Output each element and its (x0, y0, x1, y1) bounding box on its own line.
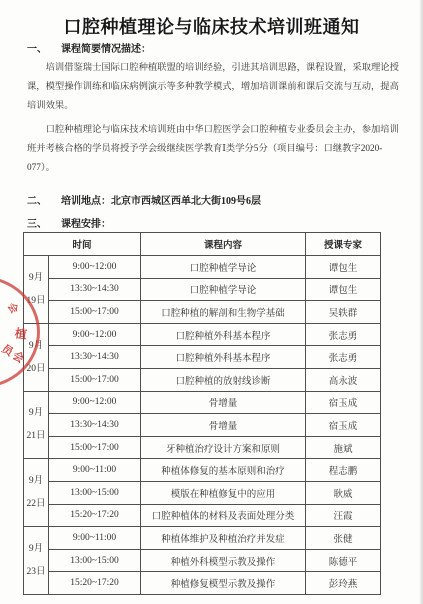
section-1-text: 课程简要情况描述： (61, 44, 151, 55)
expert-cell: 高永波 (306, 368, 381, 391)
expert-cell: 宿玉成 (306, 391, 381, 414)
date-cell: 9月 21日 (24, 391, 49, 459)
time-cell: 9:00~11:00 (49, 527, 141, 550)
table-row: 13:00~15:00 种植外科模型示教及操作 陈德平 (24, 549, 381, 572)
content-cell: 口腔种植体的材料及表面处理分类 (141, 504, 306, 527)
content-cell: 牙种植治疗设计方案和原则 (141, 436, 306, 459)
date-day: 22日 (24, 499, 48, 509)
expert-cell: 彭玲燕 (306, 572, 381, 595)
table-row: 9月 23日 9:00~11:00 种植体维护及种植治疗并发症 张健 (24, 527, 381, 550)
expert-cell: 施斌 (306, 436, 381, 459)
table-row: 15:20~17:20 种植修复模型示教及操作 彭玲燕 (24, 572, 381, 595)
expert-cell: 程志鹏 (306, 459, 381, 482)
table-row: 9月 21日 9:00~12:00 骨增量 宿玉成 (24, 391, 381, 414)
content-cell: 口腔种植外科基本程序 (141, 346, 306, 369)
time-cell: 15:00~17:00 (49, 301, 141, 324)
section-2-number: 二、 (27, 196, 61, 207)
content-cell: 种植外科模型示教及操作 (141, 549, 306, 572)
time-cell: 9:00~11:00 (49, 459, 141, 482)
header-expert: 授课专家 (306, 233, 381, 256)
expert-cell: 宿玉成 (306, 414, 381, 437)
table-header-row: 时间 课程内容 授课专家 (24, 233, 381, 256)
content-cell: 种植体修复的基本原则和治疗 (141, 459, 306, 482)
table-row: 15:20~17:20 口腔种植体的材料及表面处理分类 汪霞 (24, 504, 381, 527)
document-page: 口腔种植理论与临床技术培训班通知 一、课程简要情况描述： 培训借鉴瑞士国际口腔种… (0, 0, 423, 604)
expert-cell: 汪霞 (306, 504, 381, 527)
date-cell: 9月 20日 (24, 323, 49, 391)
content-cell: 口腔种植的放射线诊断 (141, 368, 306, 391)
table-row: 13:30~14:30 口腔种植学导论 谭包生 (24, 278, 381, 301)
date-cell: 9月 19日 (24, 256, 49, 324)
time-cell: 9:00~12:00 (49, 391, 141, 414)
table-row: 9月 19日 9:00~12:00 口腔种植学导论 谭包生 (24, 256, 381, 279)
date-month: 9月 (24, 341, 48, 351)
table-row: 13:30~14:30 口腔种植外科基本程序 张志勇 (24, 346, 381, 369)
expert-cell: 陈德平 (306, 549, 381, 572)
date-month: 9月 (24, 273, 48, 283)
content-cell: 骨增量 (141, 414, 306, 437)
time-cell: 15:20~17:20 (49, 504, 141, 527)
expert-cell: 谭包生 (306, 278, 381, 301)
expert-cell: 耿威 (306, 481, 381, 504)
section-3-text: 课程安排： (61, 219, 111, 230)
expert-cell: 吴轶群 (306, 301, 381, 324)
table-row: 9月 22日 9:00~11:00 种植体修复的基本原则和治疗 程志鹏 (24, 459, 381, 482)
section-3-heading: 三、课程安排： (27, 219, 111, 230)
time-cell: 13:00~15:00 (49, 481, 141, 504)
schedule-table: 时间 课程内容 授课专家 9月 19日 9:00~12:00 口腔种植学导论 谭… (23, 232, 381, 595)
header-time: 时间 (24, 233, 141, 256)
content-cell: 种植修复模型示教及操作 (141, 572, 306, 595)
time-cell: 15:00~17:00 (49, 436, 141, 459)
content-cell: 口腔种植的解剖和生物学基础 (141, 301, 306, 324)
time-cell: 15:00~17:00 (49, 368, 141, 391)
header-content: 课程内容 (141, 233, 306, 256)
section-2-heading: 二、培训地点：北京市西城区西单北大街109号6层 (27, 196, 261, 207)
time-cell: 15:20~17:20 (49, 572, 141, 595)
content-cell: 口腔种植外科基本程序 (141, 323, 306, 346)
expert-cell: 张健 (306, 527, 381, 550)
table-row: 15:00~17:00 口腔种植的放射线诊断 高永波 (24, 368, 381, 391)
expert-cell: 张志勇 (306, 346, 381, 369)
date-day: 19日 (24, 296, 48, 306)
table-row: 15:00~17:00 口腔种植的解剖和生物学基础 吴轶群 (24, 301, 381, 324)
time-cell: 13:30~14:30 (49, 278, 141, 301)
table-row: 9月 20日 9:00~12:00 口腔种植外科基本程序 张志勇 (24, 323, 381, 346)
table-row: 13:30~14:30 骨增量 宿玉成 (24, 414, 381, 437)
content-cell: 骨增量 (141, 391, 306, 414)
date-month: 9月 (24, 544, 48, 554)
table-row: 15:00~17:00 牙种植治疗设计方案和原则 施斌 (24, 436, 381, 459)
content-cell: 种植体维护及种植治疗并发症 (141, 527, 306, 550)
content-cell: 模版在种植修复中的应用 (141, 481, 306, 504)
time-cell: 13:30~14:30 (49, 346, 141, 369)
seal-text-fragment: 会 (5, 299, 23, 315)
date-month: 9月 (24, 408, 48, 418)
content-cell: 口腔种植学导论 (141, 256, 306, 279)
date-day: 23日 (24, 567, 48, 577)
section-1-number: 一、 (27, 44, 61, 55)
time-cell: 9:00~12:00 (49, 323, 141, 346)
date-day: 21日 (24, 431, 48, 441)
table-row: 13:00~15:00 模版在种植修复中的应用 耿威 (24, 481, 381, 504)
page-title: 口腔种植理论与临床技术培训班通知 (0, 13, 423, 39)
expert-cell: 谭包生 (306, 256, 381, 279)
content-cell: 口腔种植学导论 (141, 278, 306, 301)
section-1-heading: 一、课程简要情况描述： (27, 44, 151, 55)
expert-cell: 张志勇 (306, 323, 381, 346)
scan-edge-shadow (419, 0, 423, 604)
date-cell: 9月 23日 (24, 527, 49, 595)
date-cell: 9月 22日 (24, 459, 49, 527)
date-day: 20日 (24, 364, 48, 374)
section-3-number: 三、 (27, 219, 61, 230)
time-cell: 9:00~12:00 (49, 256, 141, 279)
time-cell: 13:30~14:30 (49, 414, 141, 437)
section-2-text: 培训地点：北京市西城区西单北大街109号6层 (61, 196, 261, 207)
paragraph-1: 培训借鉴瑞士国际口腔种植联盟的培训经验，引进其培训思路，课程设置，采取理论授课，… (27, 59, 400, 116)
paragraph-2: 口腔种植理论与临床技术培训班由中华口腔医学会口腔种植专业委员会主办，参加培训班并… (27, 121, 400, 178)
date-month: 9月 (24, 476, 48, 486)
time-cell: 13:00~15:00 (49, 549, 141, 572)
